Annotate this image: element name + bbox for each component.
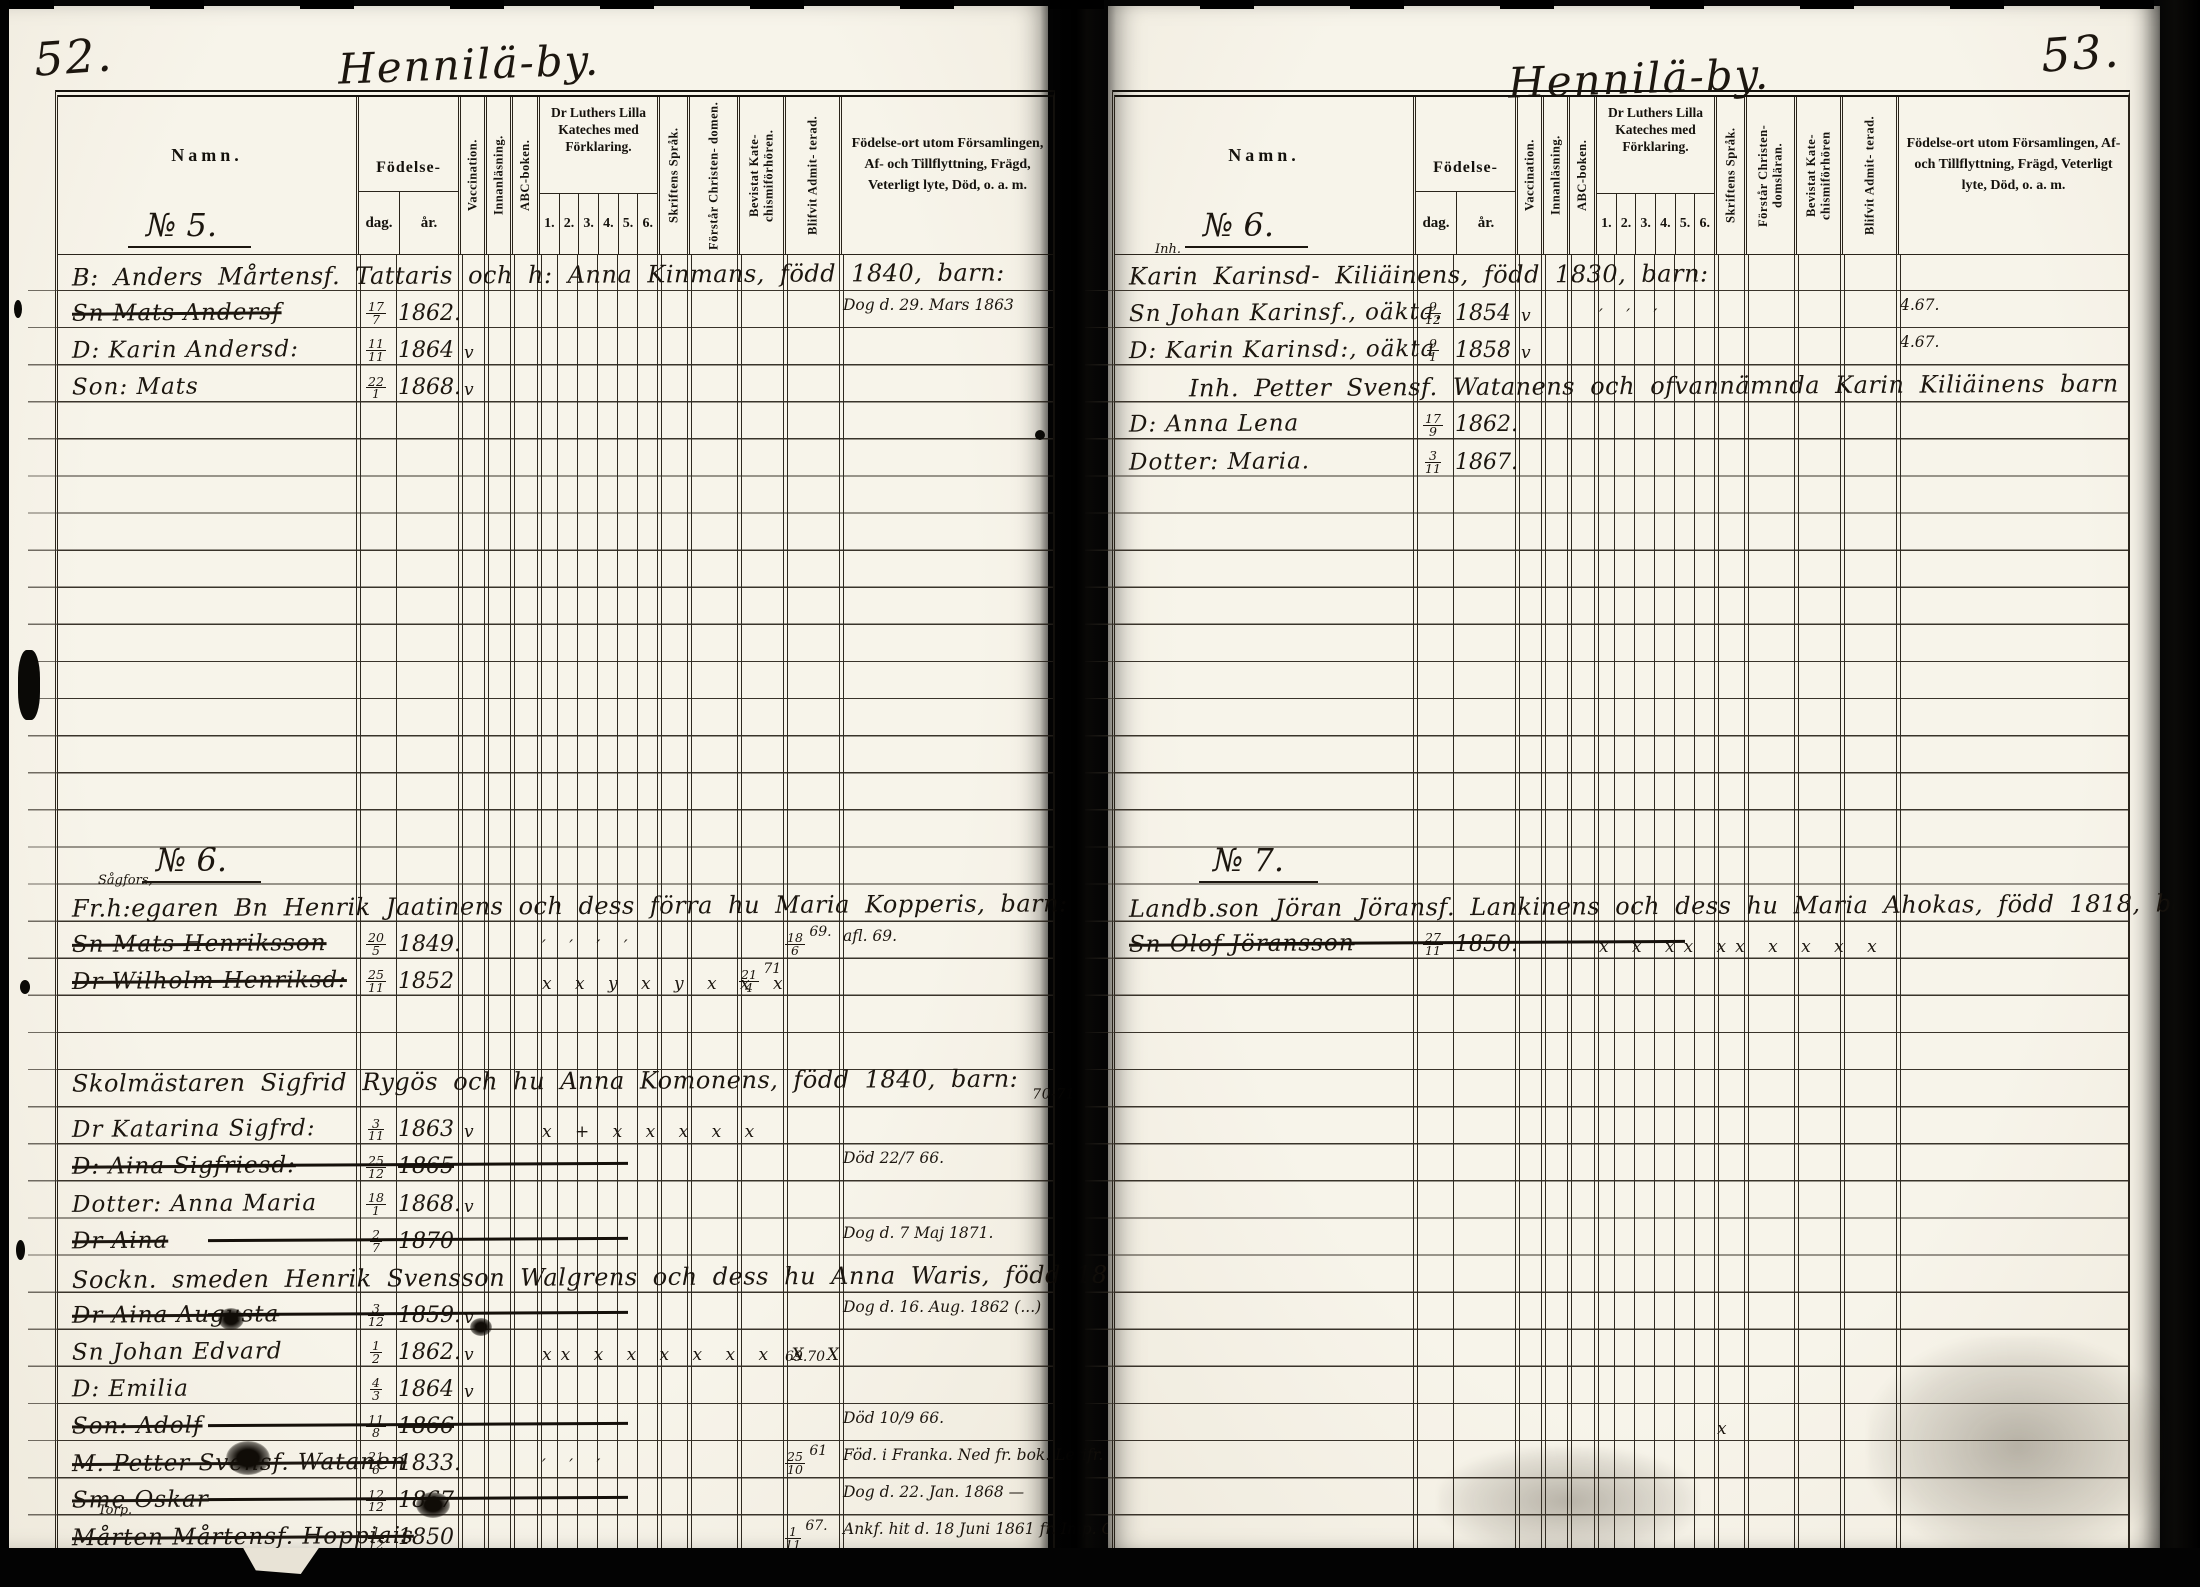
remark-note: Död 22/7 66.	[843, 1150, 1051, 1179]
family-number-label: № 7.	[1199, 841, 1318, 883]
edge-mark	[14, 300, 22, 318]
ledger-entry: Sn Olof Jöransson27111850.x x xx xx x x …	[1115, 922, 2128, 959]
person-name: Son: Mats	[72, 374, 199, 401]
entry-ar: 1859.	[398, 1303, 461, 1328]
entry-vacc: v	[464, 1197, 474, 1217]
col-fodelse: Födelse- dag. år.	[356, 97, 458, 254]
person-name: D: Karin Karinsd:, oäkta	[1129, 336, 1435, 364]
entry-dag: 312	[356, 1292, 396, 1328]
col-header-vaccination: Vaccination.	[461, 97, 484, 254]
ledger-entry: Sockn. smeden Henrik Svensson Walgrens o…	[58, 1256, 1053, 1293]
page-left: 52. Hennilä-by. Namn. № 5. Födelse- dag.…	[8, 6, 1048, 1548]
col-forstar: Förstår Christen- domen.	[687, 97, 737, 254]
entry-dag: 311	[1413, 439, 1453, 475]
col-header-skriftens-sprak: Skriftens Språk.	[1717, 97, 1744, 254]
col-fodelseort: Födelse-ort utom Församlingen, Af- och T…	[1896, 97, 2128, 254]
entry-ar: 1870	[398, 1229, 454, 1254]
family-heading: Karin Karinsd- Kiliäinens, född 1830, ba…	[1129, 259, 1709, 290]
entry-vacc: v	[464, 380, 474, 400]
entry-ar: 1864	[398, 1377, 454, 1402]
page-smudge	[1868, 1336, 2168, 1556]
entry-vacc: v	[464, 343, 474, 363]
ledger-entry: Son: Adolf1181866Död 10/9 66.	[58, 1404, 1053, 1441]
col-header-fodelse: Födelse-	[1416, 159, 1515, 177]
remark-note: Dog d. 22. Jan. 1868 —	[843, 1484, 1051, 1513]
entry-ar: 1833.	[398, 1451, 461, 1476]
ledger-entry: Dr Aina271870Dog d. 7 Maj 1871.	[58, 1219, 1053, 1256]
col-header-blifvit: Blifvit Admit- terad.	[1843, 97, 1896, 254]
entry-ar: 1868.	[398, 375, 461, 400]
col-bevistat: Bevistat Kate- chismiförhören.	[737, 97, 783, 254]
edge-mark	[18, 650, 40, 720]
col-header-kateches: Dr Luthers Lilla Kateches med Förklaring…	[1595, 105, 1716, 156]
remark-note: Dog d. 16. Aug. 1862 (...)	[843, 1299, 1051, 1328]
entry-vacc: v	[1521, 343, 1531, 363]
marginal-note: Torp.	[98, 1503, 132, 1518]
kateches-3: 3.	[1635, 194, 1655, 254]
kateches-1: 1.	[540, 194, 559, 254]
family-heading: Skolmästaren Sigfrid Rygös och hu Anna K…	[72, 1065, 1080, 1108]
entry-dag: 1212	[356, 1478, 396, 1514]
remark-note: 4.67.	[1900, 334, 2108, 363]
person-name: Sn Johan Edvard	[72, 1338, 283, 1365]
ledger-entry: Sn Mats Andersf1771862.Dog d. 29. Mars 1…	[58, 291, 1053, 328]
entry-blifvit: 2510 61	[785, 1443, 827, 1476]
ledger-table-left: Namn. № 5. Födelse- dag. år. Vaccination…	[55, 90, 1055, 1558]
col-header-vaccination: Vaccination.	[1518, 97, 1541, 254]
entry-dag: 912	[1413, 290, 1453, 326]
col-header-namn: Namn.	[1115, 145, 1413, 166]
ink-blot	[416, 1492, 450, 1518]
remark-note: Föd. i Franka. Ned fr. bok. Lerifr. d. 2…	[843, 1447, 1051, 1476]
entry-ar: 1868.	[398, 1192, 461, 1217]
person-name: Sn Johan Karinsf., oäkta.	[1129, 299, 1443, 327]
col-header-innanlasning: Innanläsning.	[1544, 97, 1567, 254]
entry-dag: 177	[356, 290, 396, 326]
table-body-left: B: Anders Mårtensf. Tattaris och h: Anna…	[58, 254, 1053, 1553]
ledger-entry: Landb.son Jöran Jöransf. Lankinens och d…	[1115, 885, 2128, 922]
col-header-blifvit: Blifvit Admit- terad.	[786, 97, 839, 254]
kateches-6: 6.	[1694, 194, 1714, 254]
col-header-dag: dag.	[359, 192, 399, 254]
col-kateches: Dr Luthers Lilla Kateches med Förklaring…	[537, 97, 657, 254]
col-vaccination: Vaccination.	[1515, 97, 1541, 254]
ledger-entry: Sn Johan Edvard121862.vxx x x x x x x X …	[58, 1330, 1053, 1367]
ledger-entry: D: Anna Lena1791862.	[1115, 402, 2128, 439]
ledger-entry: Sme Oskar12121867Dog d. 22. Jan. 1868 —	[58, 1478, 1053, 1515]
col-header-kateches: Dr Luthers Lilla Kateches med Förklaring…	[538, 105, 659, 156]
col-fodelseort: Födelse-ort utom Församlingen, Af- och T…	[839, 97, 1053, 254]
entry-ar: 1864	[398, 338, 454, 363]
entry-vacc: v	[1521, 306, 1531, 326]
scan-left-edge	[0, 0, 9, 1587]
entry-kat: x + x x x x x	[542, 1122, 763, 1142]
kateches-4: 4.	[598, 194, 618, 254]
col-fodelse: Födelse- dag. år.	[1413, 97, 1515, 254]
scan-right-edge	[2158, 0, 2200, 1587]
person-name: D: Karin Andersd:	[72, 336, 299, 364]
entry-blifvit: 111 67.	[785, 1518, 828, 1551]
ledger-entry: Karin Karinsd- Kiliäinens, född 1830, ba…	[1115, 254, 2128, 291]
entry-ar: 1862.	[1455, 412, 1518, 437]
ledger-entry: Mårten Mårtensf. Hoppiais1121850111 67.A…	[58, 1515, 1053, 1552]
edge-mark	[20, 980, 30, 994]
entry-kat: ′ ′ ′	[1599, 306, 1666, 326]
entry-ar: 1866	[398, 1414, 454, 1439]
page-speck	[1035, 430, 1045, 440]
ledger-entry: B: Anders Mårtensf. Tattaris och h: Anna…	[58, 254, 1053, 291]
strike-mark	[208, 1236, 628, 1241]
kateches-1: 1.	[1597, 194, 1616, 254]
scan-bottom-edge	[0, 1548, 2200, 1587]
entry-vacc: v	[464, 1122, 474, 1142]
col-header-forstar: Förstår Christen- domsläran.	[1747, 97, 1794, 254]
col-skriftens-sprak: Skriftens Språk.	[1714, 97, 1744, 254]
ledger-entry: № 6.	[58, 848, 1053, 885]
entry-dag: 179	[1413, 402, 1453, 438]
entry-ar: 1862.	[398, 1340, 461, 1365]
col-header-forstar: Förstår Christen- domen.	[690, 97, 737, 254]
kateches-4: 4.	[1655, 194, 1675, 254]
page-right: 53. Hennilä-by. Namn. № 6. Födelse- dag.…	[1108, 6, 2160, 1548]
person-name: Dotter: Maria.	[1129, 448, 1310, 475]
entry-dag: 181	[356, 1181, 396, 1217]
entry-dag: 221	[356, 365, 396, 401]
col-header-fodelseort: Födelse-ort utom Församlingen, Af- och T…	[1905, 133, 2122, 196]
ledger-entry: Inh. Petter Svensf. Watanens och ofvannä…	[1115, 365, 2128, 402]
col-namn: Namn. № 6.	[1115, 97, 1413, 254]
kateches-2: 2.	[559, 194, 579, 254]
ledger-entry: Dotter: Anna Maria1811868.v	[58, 1182, 1053, 1219]
entry-dag: 1111	[356, 327, 396, 363]
entry-blifvit: 69.70	[785, 1349, 825, 1365]
col-header-fodelse: Födelse-	[359, 159, 458, 177]
ledger-entry: Dr Katarina Sigfrd:3111863vx + x x x x x	[58, 1107, 1053, 1144]
scan-top-edge	[0, 0, 2200, 9]
entry-ar: 1863	[398, 1117, 454, 1142]
col-skriftens-sprak: Skriftens Språk.	[657, 97, 687, 254]
kateches-5: 5.	[618, 194, 638, 254]
page-number-left: 52.	[32, 27, 115, 86]
entry-ar: 1862.	[398, 301, 461, 326]
col-blifvit: Blifvit Admit- terad.	[783, 97, 839, 254]
entry-dag: 216	[356, 1440, 396, 1476]
entry-dag: 12	[356, 1329, 396, 1365]
person-name: Son: Adolf	[72, 1413, 203, 1440]
person-name: Sn Mats Henriksson	[72, 930, 327, 958]
col-header-bevistat: Bevistat Kate- chismiförhören.	[740, 97, 783, 254]
col-header-fodelseort: Födelse-ort utom Församlingen, Af- och T…	[848, 133, 1047, 196]
ledger-entry: Sn Johan Karinsf., oäkta.9121854v′ ′ ′4.…	[1115, 291, 2128, 328]
entry-ar: 1852	[398, 969, 454, 994]
col-header-dag: dag.	[1416, 192, 1456, 254]
table-header-right: Namn. № 6. Födelse- dag. år. Vaccination…	[1115, 97, 2128, 255]
edge-mark	[16, 1240, 25, 1260]
entry-dag: 205	[356, 921, 396, 957]
entry-ar: 1858	[1455, 338, 1511, 363]
col-forstar: Förstår Christen- domsläran.	[1744, 97, 1794, 254]
kateches-subcolumns: 1. 2. 3. 4. 5. 6.	[540, 193, 657, 254]
family-number-label: № 6.	[142, 841, 261, 883]
family-heading: Fr.h:egaren Bn Henrik Jaatinens och dess…	[72, 889, 1068, 922]
ledger-entry: D: Aina Sigfriesd:25121865Död 22/7 66.	[58, 1144, 1053, 1181]
kateches-subcolumns: 1. 2. 3. 4. 5. 6.	[1597, 193, 1714, 254]
col-header-abc-boken: ABC-boken.	[513, 97, 537, 254]
ledger-entry: M. Petter Svensf. Watanen2161833.′ ′ ′25…	[58, 1441, 1053, 1478]
col-abc-boken: ABC-boken.	[1567, 97, 1594, 254]
remark-note: 4.67.	[1900, 297, 2108, 326]
ledger-entry: Dr Aina Augusta3121859.vDog d. 16. Aug. …	[58, 1293, 1053, 1330]
fodelse-subheader: dag. år.	[359, 191, 458, 254]
person-name: D: Emilia	[72, 1376, 189, 1403]
family-heading: Landb.son Jöran Jöransf. Lankinens och d…	[1129, 889, 2200, 923]
entry-kat: ′ ′ ′ ′	[542, 937, 637, 957]
entry-ar: 1849.	[398, 932, 461, 957]
ledger-entry: Dr Wilholm Henriksd:25111852x x y x y x …	[58, 959, 1053, 996]
entry-vacc: v	[464, 1345, 474, 1365]
entry-dag: 112	[356, 1515, 396, 1551]
remark-note: Dog d. 7 Maj 1871.	[843, 1225, 1051, 1254]
col-bevistat: Bevistat Kate- chismiförhören	[1794, 97, 1840, 254]
col-header-ar: år.	[1456, 192, 1515, 254]
ledger-entry: Fr.h:egaren Bn Henrik Jaatinens och dess…	[58, 885, 1053, 922]
entry-ar: 1867.	[1455, 450, 1518, 475]
col-blifvit: Blifvit Admit- terad.	[1840, 97, 1896, 254]
col-header-skriftens-sprak: Skriftens Språk.	[660, 97, 687, 254]
ledger-entry: D: Emilia431864v	[58, 1367, 1053, 1404]
ledger-entry: № 7.	[1115, 848, 2128, 885]
fodelse-subheader: dag. år.	[1416, 191, 1515, 254]
ledger-entry: Son: Mats2211868.v	[58, 365, 1053, 402]
ledger-scan: 52. Hennilä-by. Namn. № 5. Födelse- dag.…	[0, 0, 2200, 1587]
entry-dag: 91	[1413, 327, 1453, 363]
ledger-entry: Skolmästaren Sigfrid Rygös och hu Anna K…	[58, 1070, 1053, 1107]
col-vaccination: Vaccination.	[458, 97, 484, 254]
marginal-note: Sågfors,	[98, 873, 153, 888]
col-kateches: Dr Luthers Lilla Kateches med Förklaring…	[1594, 97, 1714, 254]
family-heading: B: Anders Mårtensf. Tattaris och h: Anna…	[72, 259, 1005, 292]
col-header-bevistat: Bevistat Kate- chismiförhören	[1797, 97, 1840, 254]
col-header-namn: Namn.	[58, 145, 356, 166]
entry-bevistat: 214 71	[739, 961, 781, 994]
entry-dag: 311	[356, 1107, 396, 1143]
village-title-left: Hennilä-by.	[337, 35, 601, 93]
page-smudge	[1438, 1446, 1698, 1556]
ledger-entry: D: Karin Karinsd:, oäkta911858v4.67.	[1115, 328, 2128, 365]
col-header-innanlasning: Innanläsning.	[487, 97, 510, 254]
entry-ar: 1854	[1455, 301, 1511, 326]
entry-dag: 27	[356, 1218, 396, 1254]
person-name: Dr Katarina Sigfrd:	[72, 1115, 316, 1143]
entry-blifvit: 186 69.	[785, 924, 832, 957]
ledger-entry: Sn Mats Henriksson2051849.′ ′ ′ ′186 69.…	[58, 922, 1053, 959]
col-header-abc-boken: ABC-boken.	[1570, 97, 1594, 254]
kateches-3: 3.	[578, 194, 598, 254]
remark-note: Dog d. 29. Mars 1863	[843, 297, 1051, 326]
family-number-label: № 5.	[128, 206, 251, 248]
entry-dag: 2711	[1413, 921, 1453, 957]
remark-note: afl. 69.	[843, 928, 1051, 957]
entry-dag: 118	[356, 1403, 396, 1439]
col-innanlasning: Innanläsning.	[484, 97, 510, 254]
page-number-right: 53.	[2039, 23, 2122, 82]
marginal-note: Inh.	[1155, 242, 1181, 257]
entry-ar: 1865	[398, 1154, 454, 1179]
ink-blot	[470, 1318, 492, 1336]
col-header-ar: år.	[399, 192, 458, 254]
person-name: D: Anna Lena	[1129, 411, 1299, 438]
ledger-entry: D: Karin Andersd:11111864v	[58, 328, 1053, 365]
person-name: Sme Oskar	[72, 1487, 209, 1514]
col-namn: Namn. № 5.	[58, 97, 356, 254]
person-name: Dr Wilholm Henriksd:	[72, 967, 347, 995]
entry-dag: 2512	[356, 1144, 396, 1180]
table-header-left: Namn. № 5. Födelse- dag. år. Vaccination…	[58, 97, 1053, 255]
ink-blot	[218, 1308, 244, 1330]
kateches-2: 2.	[1616, 194, 1636, 254]
entry-ar: 1850.	[1455, 932, 1518, 957]
kateches-5: 5.	[1675, 194, 1695, 254]
family-heading: Inh. Petter Svensf. Watanens och ofvannä…	[1189, 370, 2119, 403]
col-innanlasning: Innanläsning.	[1541, 97, 1567, 254]
entry-vacc: v	[464, 1382, 474, 1402]
entry-skrift: x	[1717, 1419, 1727, 1439]
remark-note: Död 10/9 66.	[843, 1410, 1051, 1439]
ink-blot	[226, 1441, 270, 1475]
ledger-entry: Dotter: Maria.3111867.	[1115, 440, 2128, 477]
entry-dag: 43	[356, 1366, 396, 1402]
entry-kat: ′ ′ ′	[542, 1456, 609, 1476]
kateches-6: 6.	[637, 194, 657, 254]
remark-note: Ankf. hit d. 18 Juni 1861 fr. Imp. Cokl.…	[843, 1521, 1051, 1550]
person-name: Sn Mats Andersf	[72, 299, 282, 326]
entry-dag: 2511	[356, 958, 396, 994]
col-abc-boken: ABC-boken.	[510, 97, 537, 254]
family-number-label: № 6.	[1185, 206, 1308, 248]
person-name: Dr Aina	[72, 1227, 168, 1254]
book-gutter	[1040, 0, 1116, 1552]
person-name: Dotter: Anna Maria	[72, 1190, 317, 1218]
entry-ar: 1850	[398, 1525, 454, 1550]
